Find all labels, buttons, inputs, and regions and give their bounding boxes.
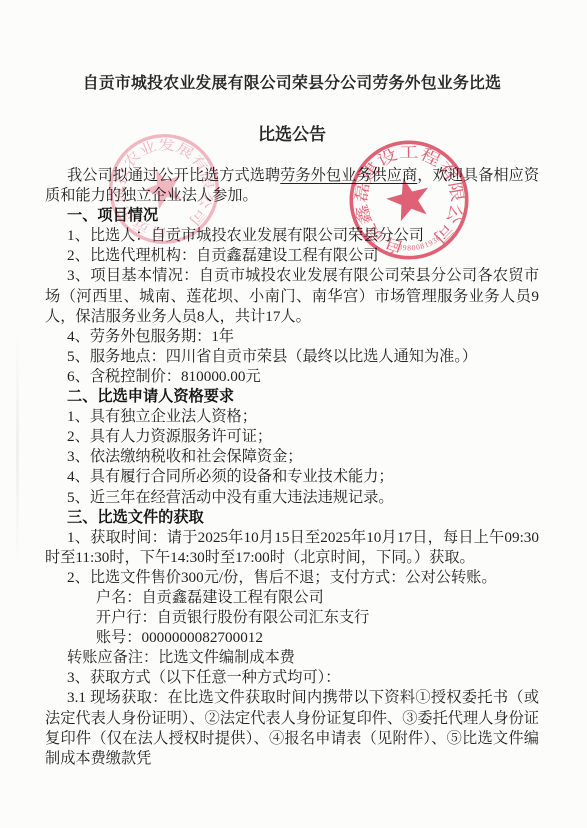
scan-artifact: [16, 330, 19, 570]
qualification-2: 2、具有人力资源服务许可证；: [45, 427, 539, 447]
announcement-page: 自贡市城投农业发展有限公司荣县分公司劳务外包业务比选 比选公告 我公司拟通过公开…: [0, 0, 587, 828]
section-1-heading: 一、项目情况: [45, 206, 539, 226]
service-period: 4、劳务外包服务期：1年: [45, 327, 539, 347]
section-2-heading: 二、比选申请人资格要求: [45, 387, 539, 407]
bid-inviter: 1、比选人：自贡市城投农业发展有限公司荣县分公司: [45, 226, 539, 246]
bank-name: 开户行：自贡银行股份有限公司汇东支行: [45, 608, 539, 628]
account-number: 账号：0000000082700012: [45, 628, 539, 648]
document-body: 我公司拟通过公开比选方式选聘劳务外包业务供应商，欢迎具备相应资质和能力的独立企业…: [45, 166, 539, 769]
price-ceiling: 6、含税控制价：810000.00元: [45, 367, 539, 387]
qualification-3: 3、依法缴纳税收和社会保障资金；: [45, 447, 539, 467]
intro-paragraph: 我公司拟通过公开比选方式选聘劳务外包业务供应商，欢迎具备相应资质和能力的独立企业…: [45, 166, 539, 206]
qualification-4: 4、具有履行合同所必须的设备和专业技术能力；: [45, 467, 539, 487]
bid-agency: 2、比选代理机构：自贡鑫磊建设工程有限公司: [45, 246, 539, 266]
document-price: 2、比选文件售价300元/份，售后不退；支付方式：公对公转账。: [45, 568, 539, 588]
qualification-1: 1、具有独立企业法人资格；: [45, 407, 539, 427]
project-overview: 3、项目基本情况：自贡市城投农业发展有限公司荣县分公司各农贸市场（河西里、城南、…: [45, 266, 539, 326]
onsite-obtain: 3.1 现场获取：在比选文件获取时间内携带以下资料①授权委托书（或法定代表人身份…: [45, 688, 539, 768]
obtain-method-heading: 3、获取方式（以下任意一种方式均可）：: [45, 668, 539, 688]
transfer-note: 转账应备注：比选文件编制成本费: [45, 648, 539, 668]
announcement-subtitle: 比选公告: [45, 124, 539, 146]
obtain-time: 1、获取时间：请于2025年10月15日至2025年10月17日，每日上午09:…: [45, 528, 539, 568]
service-location: 5、服务地点：四川省自贡市荣县（最终以比选人通知为准。）: [45, 347, 539, 367]
section-3-heading: 三、比选文件的获取: [45, 508, 539, 528]
qualification-5: 5、近三年在经营活动中没有重大违法违规记录。: [45, 488, 539, 508]
account-name: 户名：自贡鑫磊建设工程有限公司: [45, 588, 539, 608]
page-title: 自贡市城投农业发展有限公司荣县分公司劳务外包业务比选: [45, 72, 539, 96]
